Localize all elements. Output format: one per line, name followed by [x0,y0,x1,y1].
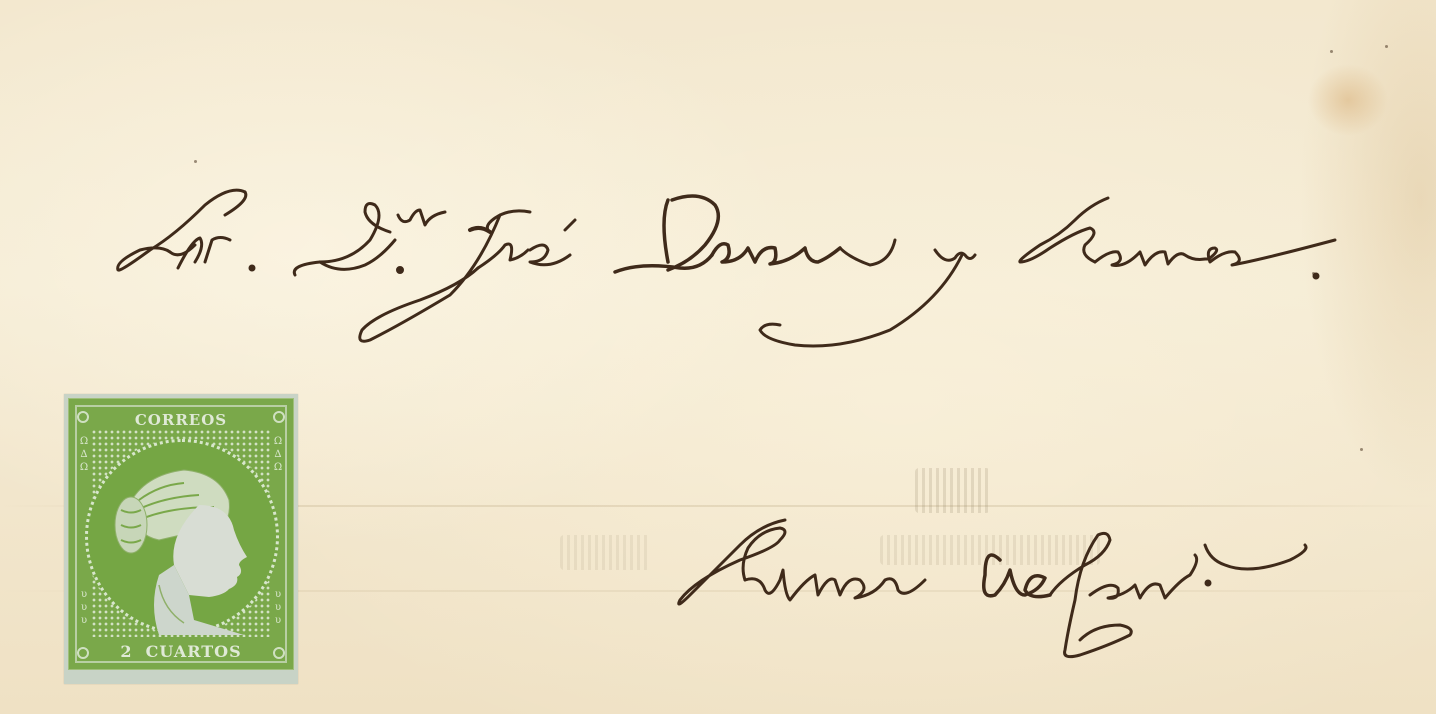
handwritten-address [0,0,1436,714]
postal-cover: Ω∆Ω Ω∆Ω υυυ υυυ CORREOS 2 CUARTOS [0,0,1436,714]
handwriting-romero [1020,198,1335,278]
handwriting-jose [360,211,575,341]
handwriting-sor [118,190,254,270]
handwriting-de [984,555,1050,597]
handwriting-doreire [615,196,895,272]
handwriting-cana [1050,533,1306,656]
handwriting-palmas [679,520,925,604]
handwriting-dn [294,204,445,275]
